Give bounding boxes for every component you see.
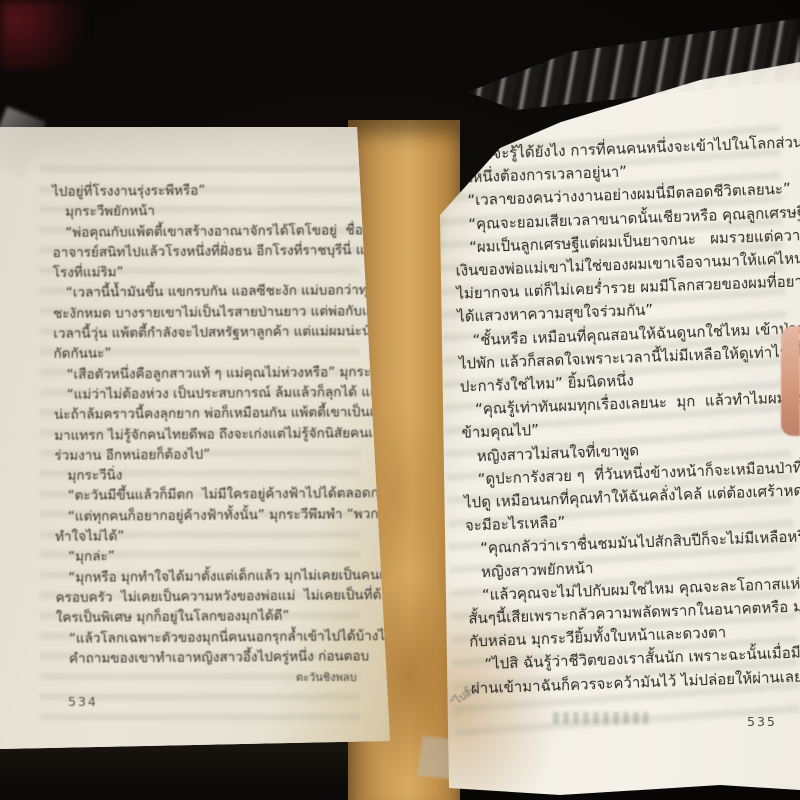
background-maroon-object [0, 0, 95, 70]
left-page-text: ไปอยู่ที่โรงงานรุ่งระพีหรือ” มุกระวีพยัก… [52, 179, 366, 669]
left-page: ไปอยู่ที่โรงงานรุ่งระพีหรือ” มุกระวีพยัก… [0, 124, 420, 756]
page-number-left: 534 [68, 694, 98, 709]
finger-holding-page [781, 326, 800, 436]
book-photo: ไปอยู่ที่โรงงานรุ่งระพีหรือ” มุกระวีพยัก… [0, 0, 800, 800]
running-title-left: ตะวันชิงพลบ [296, 668, 357, 686]
right-page-catchword: “ไปสิ้น” [448, 680, 486, 710]
show-through-footer [553, 712, 648, 724]
page-number-right: 535 [747, 714, 777, 729]
right-page-text: “มุกจะรู้ได้ยังไง การที่คนคนหนึ่งจะเข้าไ… [451, 131, 800, 701]
